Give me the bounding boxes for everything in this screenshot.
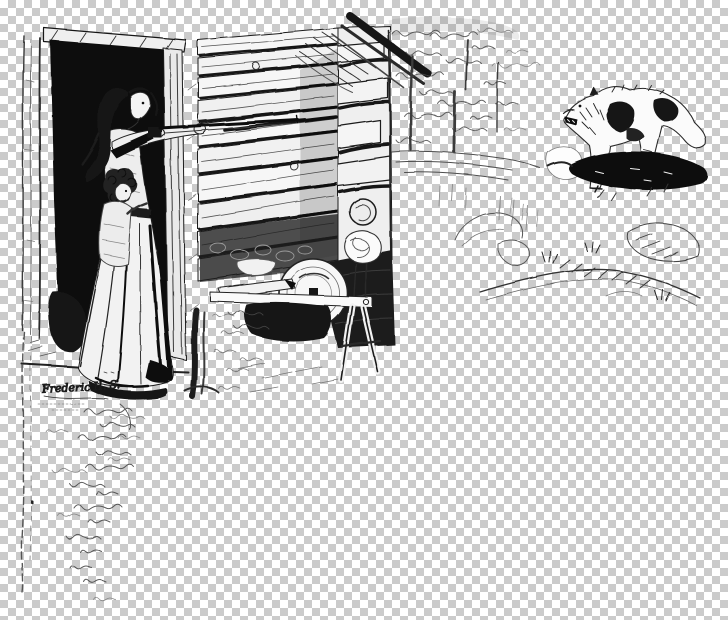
ink-illustration: Frederic H. S. <box>0 0 728 620</box>
image-canvas: Frederic H. S. <box>0 0 728 620</box>
wolf <box>546 85 707 200</box>
foreground-rocks <box>455 196 700 305</box>
log-ends <box>338 26 392 262</box>
foliage <box>388 17 540 230</box>
